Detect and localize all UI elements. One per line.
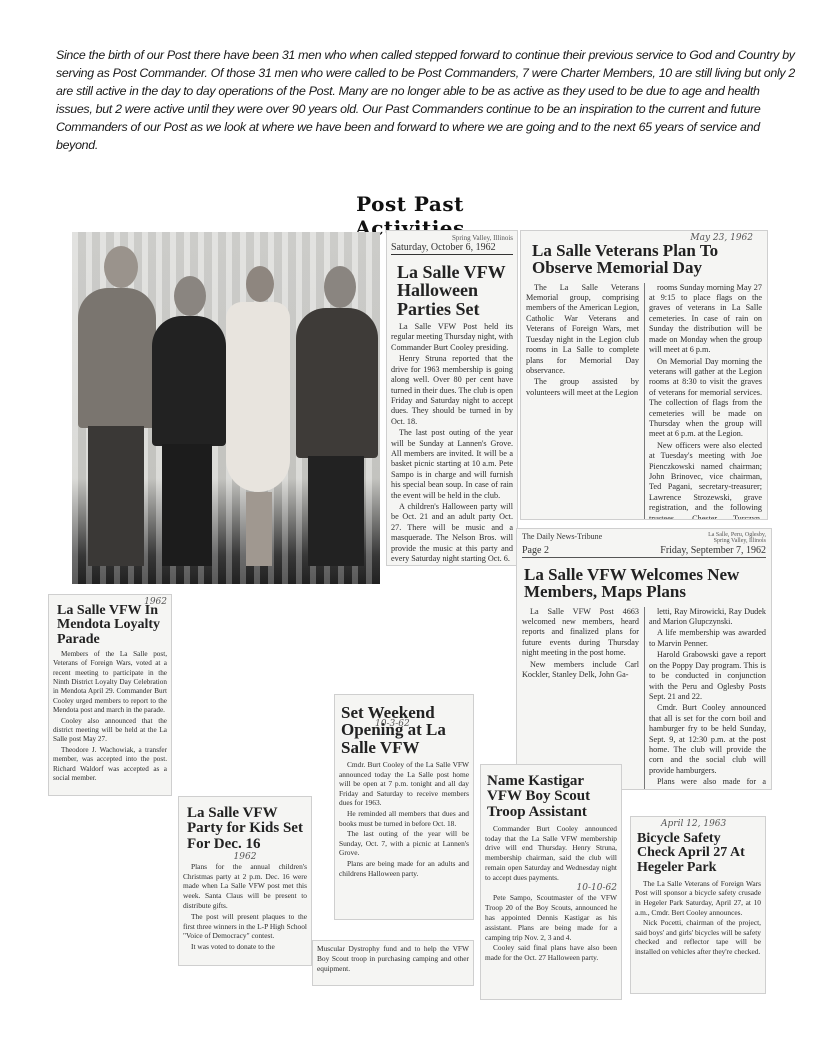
handwritten-date: 1962 bbox=[144, 597, 167, 607]
handwritten-date: 10-3-62 bbox=[375, 719, 410, 729]
handwritten-date: 10-10-62 bbox=[485, 884, 617, 894]
clipping-body: The La Salle Veterans of Foreign Wars Po… bbox=[635, 879, 761, 957]
person-3 bbox=[218, 266, 298, 566]
clipping-kastigar-assistant: Name Kastigar VFW Boy Scout Troop Assist… bbox=[480, 764, 622, 1000]
clipping-weekend-opening: Set Weekend Opening at La Salle VFW 10-3… bbox=[334, 694, 474, 920]
clipping-bicycle-safety: April 12, 1963 Bicycle Safety Check Apri… bbox=[630, 816, 766, 994]
clipping-headline: La Salle VFW Party for Kids Set For Dec.… bbox=[187, 806, 307, 852]
person-2 bbox=[150, 276, 226, 566]
clipping-kids-party-continued: Muscular Dystrophy fund and to help the … bbox=[312, 940, 474, 986]
clipping-headline: Set Weekend Opening at La Salle VFW bbox=[341, 704, 469, 756]
clipping-headline: La Salle Veterans Plan To Observe Memori… bbox=[532, 242, 762, 277]
handwritten-date: 1962 bbox=[183, 852, 307, 862]
clipping-headline: Name Kastigar VFW Boy Scout Troop Assist… bbox=[487, 774, 617, 820]
clipping-memorial-day: May 23, 1962 La Salle Veterans Plan To O… bbox=[520, 230, 768, 520]
newspaper-name: The Daily News-Tribune bbox=[522, 532, 602, 544]
clipping-date: Saturday, October 6, 1962 bbox=[391, 242, 513, 255]
clipping-kids-party: La Salle VFW Party for Kids Set For Dec.… bbox=[178, 796, 312, 966]
clipping-place: Spring Valley, Illinois bbox=[391, 234, 513, 242]
clipping-body: Members of the La Salle post, Veterans o… bbox=[53, 650, 167, 784]
clipping-body: Plans for the annual children's Christma… bbox=[183, 862, 307, 952]
group-photo bbox=[72, 232, 380, 584]
handwritten-date: April 12, 1963 bbox=[661, 819, 726, 829]
clipping-body: Commander Burt Cooley announced today th… bbox=[485, 824, 617, 963]
clipping-body: Cmdr. Burt Cooley of the La Salle VFW an… bbox=[339, 760, 469, 878]
clipping-mendota-parade: 1962 La Salle VFW In Mendota Loyalty Par… bbox=[48, 594, 172, 796]
clipping-headline: La Salle VFW In Mendota Loyalty Parade bbox=[57, 604, 167, 647]
clipping-headline: La Salle VFW Halloween Parties Set bbox=[397, 263, 513, 318]
clipping-halloween-parties: Spring Valley, Illinois Saturday, Octobe… bbox=[386, 230, 518, 566]
clipping-headline: La Salle VFW Welcomes New Members, Maps … bbox=[524, 566, 766, 601]
clipping-body: La Salle VFW Post 4663 welcomed new memb… bbox=[522, 607, 766, 790]
handwritten-date: May 23, 1962 bbox=[690, 233, 753, 243]
clipping-body: La Salle VFW Post held its regular meeti… bbox=[391, 322, 513, 564]
person-4 bbox=[294, 266, 378, 566]
person-1 bbox=[76, 246, 156, 566]
clipping-welcomes-new-members: The Daily News-Tribune La Salle, Peru, O… bbox=[516, 528, 772, 790]
clipping-headline: Bicycle Safety Check April 27 At Hegeler… bbox=[637, 832, 761, 875]
clipping-body: The La Salle Veterans Memorial group, co… bbox=[526, 283, 762, 520]
intro-paragraph: Since the birth of our Post there have b… bbox=[56, 46, 796, 154]
